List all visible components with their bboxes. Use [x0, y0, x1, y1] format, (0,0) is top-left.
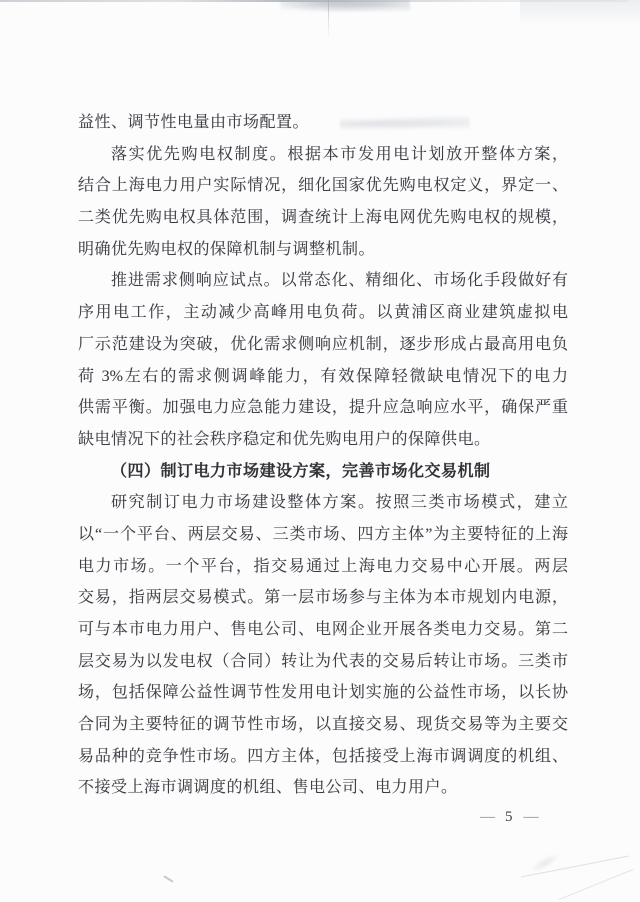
text-line: 缺电情况下的社会秩序稳定和优先购电用户的保障供电。	[78, 424, 568, 456]
text-line: 层交易为以发电权（合同）转让为代表的交易后转让市场。三类市	[78, 646, 568, 678]
text-line: 序用电工作，主动减少高峰用电负荷。以黄浦区商业建筑虚拟电	[78, 297, 568, 329]
text-line: 明确优先购电权的保障机制与调整机制。	[78, 234, 568, 266]
text-line: 电力市场。一个平台，指交易通过上海电力交易中心开展。两层	[78, 551, 568, 583]
text-line: 场，包括保障公益性调节性发用电计划实施的公益性市场，以长协	[78, 677, 568, 709]
text-line: 二类优先购电权具体范围，调查统计上海电网优先购电权的规模，	[78, 202, 568, 234]
text-line: 供需平衡。加强电力应急能力建设，提升应急响应水平，确保严重	[78, 392, 568, 424]
text-line: 厂示范建设为突破，优化需求侧响应机制，逐步形成占最高用电负	[78, 329, 568, 361]
text-line: 落实优先购电权制度。根据本市发用电计划放开整体方案，	[78, 139, 568, 171]
document-body-text: 益性、调节性电量由市场配置。落实优先购电权制度。根据本市发用电计划放开整体方案，…	[78, 107, 568, 804]
section-heading-line: （四）制订电力市场建设方案，完善市场化交易机制	[78, 456, 568, 488]
text-line: 易品种的竞争性市场。四方主体，包括接受上海市调调度的机组、	[78, 741, 568, 773]
page-number-left-dash: —	[480, 806, 494, 828]
page-number-right-dash: —	[524, 806, 538, 828]
text-line: 研究制订电力市场建设整体方案。按照三类市场模式，建立	[78, 487, 568, 519]
text-line: 合同为主要特征的调节性市场，以直接交易、现货交易等为主要交	[78, 709, 568, 741]
pen-tick-artifact	[163, 875, 173, 883]
page-number: — 5 —	[480, 806, 538, 828]
scanned-document-page: 益性、调节性电量由市场配置。落实优先购电权制度。根据本市发用电计划放开整体方案，…	[0, 0, 640, 902]
scan-smudge-artifact	[280, 0, 410, 13]
paper-crease-artifact	[559, 869, 634, 900]
text-line: 可与本市电力用户、售电公司、电网企业开展各类电力交易。第二	[78, 614, 568, 646]
scan-hairline-artifact	[328, 0, 329, 40]
text-line: 结合上海电力用户实际情况，细化国家优先购电权定义，界定一、	[78, 170, 568, 202]
text-line: 荷 3%左右的需求侧调峰能力，有效保障轻微缺电情况下的电力	[78, 361, 568, 393]
scan-wash-artifact	[520, 0, 640, 26]
page-number-value: 5	[505, 806, 513, 828]
text-line: 益性、调节性电量由市场配置。	[78, 107, 568, 139]
text-line: 推进需求侧响应试点。以常态化、精细化、市场化手段做好有	[78, 265, 568, 297]
text-line: 不接受上海市调调度的机组、售电公司、电力用户。	[78, 772, 568, 804]
text-line: 交易，指两层交易模式。第一层市场参与主体为本市规划内电源，	[78, 582, 568, 614]
text-line: 以“一个平台、两层交易、三类市场、四方主体”为主要特征的上海	[78, 519, 568, 551]
